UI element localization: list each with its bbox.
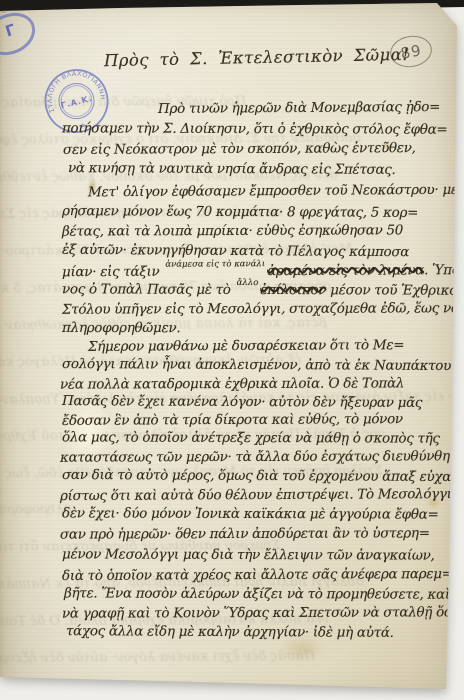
manuscript-line: Σήμερον μανθάνω μὲ δυσαρέσκειαν ὅτι τὸ Μ…: [88, 337, 404, 355]
manuscript-line: σεν εἰς Νεόκαστρον μὲ τὸν σκοπόν, καθὼς …: [63, 140, 416, 158]
manuscript-line: ἐξ αὐτῶν· ἐκυνηγήθησαν κατὰ τὸ Πέλαγος κ…: [62, 242, 409, 260]
manuscript-line: σαν πρὸ ἡμερῶν· ὅθεν πάλιν ἀποδύρεται ἂν…: [60, 525, 430, 542]
manuscript-line: ὅλα μας, τὸ ὁποῖον ἀνέτρεξε χρεία νὰ μάθ…: [62, 429, 440, 446]
manuscript-line: δὲν ἔχει· δύο μόνον Ἰονικὰ καϊκάκια μὲ ἀ…: [62, 505, 439, 522]
manuscript-line: ποιήσαμεν τὴν Σ. Διοίκησιν, ὅτι ὁ ἐχθρικ…: [62, 120, 447, 137]
manuscript-line: μένον Μεσολόγγι μας διὰ τὴν ἔλλειψιν τῶν…: [62, 546, 435, 563]
manuscript-page: Πρὸ τινῶν ἡμερῶν διὰ Μονεμβασίας ᾐδο=ποι…: [0, 0, 464, 700]
manuscript-line: καταστάσεως τῶν μερῶν· τὰ ἄλλα δύο ἐσχάτ…: [60, 448, 461, 465]
manuscript-line: σαν διὰ τὸ αὐτὸ μέρος, ὅμως διὰ τοῦ ἐρχο…: [62, 467, 462, 485]
manuscript-line: μίαν· εἰς τάξιν ἀνάμεσα εἰς τὸ κανάλιἀρα…: [62, 262, 464, 280]
paper-shadow-wrap: Πρὸ τινῶν ἡμερῶν διὰ Μονεμβασίας ᾐδο=ποι…: [0, 0, 464, 700]
manuscript-line: Πρὸ τινῶν ἡμερῶν διὰ Μονεμβασίας ᾐδο=: [158, 99, 440, 117]
interlinear-insertion: ἄλλο: [237, 278, 259, 288]
manuscript-line: σολόγγι πάλιν ἦναι ἀποκλεισμένον, ἀπὸ τὰ…: [62, 356, 451, 374]
manuscript-line: νέα πολλὰ καταδρομικὰ ἐχθρικὰ πλοῖα. Ὁ δ…: [60, 375, 404, 392]
manuscript-line: Πασᾶς δὲν ἔχει κανένα λόγον· αὐτὸν δὲν ἤ…: [62, 393, 422, 411]
manuscript-line: ἔδοσαν ἓν ἀπὸ τὰ τρία δίκροτα καὶ εὐθύς,…: [62, 411, 403, 429]
scanned-page-photo: Πρὸ τινῶν ἡμερῶν διὰ Μονεμβασίας ᾐδο=ποι…: [0, 0, 464, 700]
manuscript-line: νος ὁ Τοπὰλ Πασᾶς μὲ τὸ ἄλλοἐπίλοιπον μέ…: [62, 281, 464, 298]
interlinear-insertion: ἀνάμεσα εἰς τὸ κανάλι: [165, 259, 265, 270]
crossed-out-text: ἐπίλοιπον: [260, 282, 326, 298]
crossed-out-text: ἀραμένα εἰς τὸν λιμένα: [267, 262, 424, 279]
manuscript-line: Μετ' ὀλίγον ἐφθάσαμεν ἔμπροσθεν τοῦ Νεοκ…: [88, 182, 464, 201]
manuscript-line: νὰ κινήσῃ τὰ ναυτικὰ νησία ἄνδρας εἰς Σπ…: [68, 160, 396, 178]
manuscript-line: πληροφορηθῶμεν.: [62, 320, 180, 336]
manuscript-line: τάχος ἄλλα εἴδη μὲ καλὴν ἀρχηγίαν· ἰδὲ μ…: [66, 623, 394, 641]
manuscript-line: ρήσαμεν μόνον ἕως 70 κομμάτια· 8 φρεγάτα…: [62, 203, 418, 221]
manuscript-line: βέτας, καὶ τὰ λοιπὰ μπρίκια· εὐθὺς ἐσηκώ…: [62, 222, 403, 239]
document-title: Πρὸς τὸ Σ. Ἐκτελεστικὸν Σῶμα!: [104, 45, 410, 70]
manuscript-line: Στόλου ὑπῆγεν εἰς τὸ Μεσολόγγι, στοχαζόμ…: [62, 300, 460, 317]
manuscript-line: ρίστως ὅτι καὶ αὐτὰ δύο θέλουν ἐπιστρέψε…: [60, 486, 464, 504]
manuscript: Πρὸς τὸ Σ. Ἐκτελεστικὸν Σῶμα!Πρὸ τινῶν ἡ…: [0, 0, 464, 700]
manuscript-line: διὰ τὸ ὁποῖον κατὰ χρέος καὶ ἄλλοτε σᾶς …: [62, 566, 453, 584]
manuscript-line: νὰ γραφῇ καὶ τὸ Κοινὸν Ὕδρας καὶ Σπετσῶν…: [62, 604, 464, 621]
manuscript-line: βῆτε. Ἕνα ποσὸν ἀλεύρων ἀξίζει νὰ τὸ προ…: [64, 585, 450, 602]
